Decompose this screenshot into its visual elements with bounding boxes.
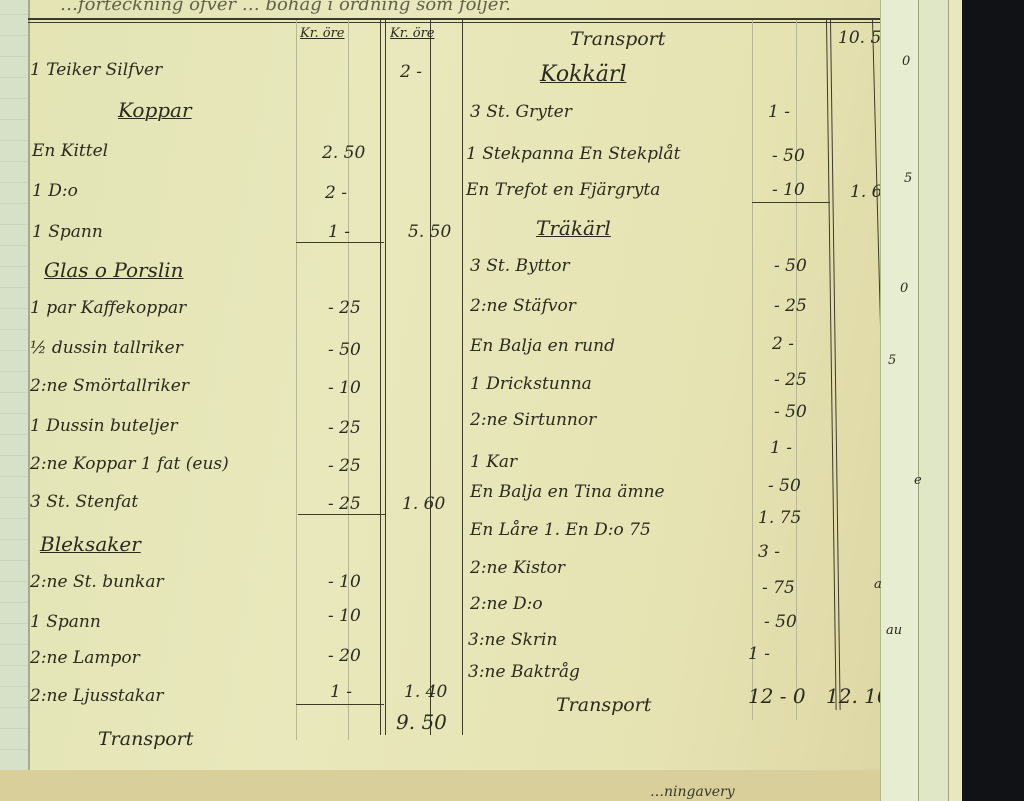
- subtotal-rule: [298, 514, 386, 515]
- subtotal-rule: [296, 242, 384, 243]
- transport-amount-right: 12 - 0: [748, 686, 806, 706]
- entry-amount: - 25: [328, 420, 361, 437]
- entry-text: En Balja en Tina ämne: [470, 484, 665, 501]
- entry-subtotal: 1. 40: [404, 684, 447, 701]
- ledger-page: …förteckning öfver … bohag i ordning som…: [0, 0, 905, 790]
- entry-text: 2:ne Smörtallriker: [30, 378, 189, 395]
- col-rule: [752, 20, 753, 720]
- entry-amount: - 25: [328, 496, 361, 513]
- edge-fragment: au: [886, 624, 902, 637]
- entry-text: 3:ne Baktråg: [468, 664, 580, 681]
- entry-text: 1 D:o: [32, 183, 78, 200]
- entry-text: 2:ne St. bunkar: [30, 574, 164, 591]
- entry-text: 3 St. Byttor: [470, 258, 570, 275]
- edge-fragment: 0: [902, 55, 910, 68]
- page-bottom-edge: [0, 770, 905, 801]
- entry-text: 2:ne Ljusstakar: [30, 688, 163, 705]
- entry-amount: 1 -: [748, 646, 770, 663]
- col-rule: [296, 20, 297, 740]
- entry-amount: - 25: [328, 300, 361, 317]
- entry-text: 1 Stekpanna En Stekplåt: [466, 146, 680, 163]
- section-heading-bleksaker: Bleksaker: [40, 534, 141, 554]
- entry-amount: 1 -: [330, 684, 352, 701]
- entry-text: 1 par Kaffekoppar: [30, 300, 186, 317]
- section-heading-kokkarl: Kokkärl: [540, 64, 626, 86]
- entry-text: ½ dussin tallriker: [30, 340, 183, 357]
- entry-amount: 2 -: [325, 185, 347, 202]
- entry-amount: - 10: [328, 574, 361, 591]
- edge-fragment: e: [914, 474, 922, 487]
- entry-subtotal: 2 -: [400, 64, 422, 81]
- entry-amount: - 25: [774, 372, 807, 389]
- column-header-1: Kr. öre: [300, 27, 345, 40]
- subtotal-rule: [752, 202, 830, 203]
- entry-text: 2:ne Sirtunnor: [470, 412, 596, 429]
- entry-subtotal: 5. 50: [408, 224, 451, 241]
- transport-in-label: Transport: [570, 30, 665, 49]
- entry-amount: - 75: [762, 580, 795, 597]
- entry-text: 2:ne D:o: [470, 596, 543, 613]
- page-header-text: …förteckning öfver … bohag i ordning som…: [60, 0, 511, 15]
- edge-fragment: 0: [900, 282, 908, 295]
- entry-text: 2:ne Kistor: [470, 560, 565, 577]
- subtotal-rule: [296, 704, 384, 705]
- entry-text: 1 Dussin buteljer: [30, 418, 178, 435]
- entry-text: En Trefot en Fjärgryta: [466, 182, 660, 199]
- transport-label-right: Transport: [556, 696, 651, 715]
- entry-text: 1 Spann: [30, 614, 101, 631]
- entry-amount: - 50: [774, 258, 807, 275]
- entry-amount: 1 -: [328, 224, 350, 241]
- entry-text: 2:ne Koppar 1 fat (eus): [30, 456, 229, 473]
- entry-amount: - 10: [328, 380, 361, 397]
- entry-amount: 3 -: [758, 544, 780, 561]
- entry-amount: - 50: [328, 342, 361, 359]
- col-rule: [380, 20, 381, 735]
- entry-amount: 1 -: [770, 440, 792, 457]
- underlying-page-edge: [918, 0, 951, 801]
- header-rule: [28, 22, 903, 23]
- entry-amount: 1. 75: [758, 510, 801, 527]
- entry-subtotal: 1. 60: [402, 496, 445, 513]
- entry-text: 1 Teiker Silfver: [30, 62, 162, 79]
- transport-label-left: Transport: [98, 730, 193, 749]
- entry-amount: - 25: [774, 298, 807, 315]
- col-rule: [430, 20, 431, 735]
- left-page-edge: [0, 0, 30, 770]
- transport-total-left: 9. 50: [396, 712, 447, 732]
- entry-text: 1 Drickstunna: [470, 376, 592, 393]
- underlying-page-edge: [880, 0, 921, 801]
- entry-text: 2:ne Stäfvor: [470, 298, 576, 315]
- entry-text: 2:ne Lampor: [30, 650, 140, 667]
- section-heading-glas: Glas o Porslin: [44, 260, 184, 280]
- entry-amount: - 50: [764, 614, 797, 631]
- entry-amount: - 20: [328, 648, 361, 665]
- edge-fragment: 5: [904, 172, 912, 185]
- header-double-rule: [28, 18, 903, 20]
- entry-amount: - 50: [774, 404, 807, 421]
- entry-text: En Kittel: [32, 143, 108, 160]
- entry-amount: 2 -: [772, 336, 794, 353]
- entry-text: 1 Spann: [32, 224, 103, 241]
- entry-text: En Balja en rund: [470, 338, 615, 355]
- underlying-page-fragment: …ningavery: [650, 784, 735, 800]
- section-heading-trakarl: Träkärl: [536, 218, 611, 238]
- entry-amount: - 50: [768, 478, 801, 495]
- section-heading-koppar: Koppar: [118, 100, 192, 120]
- entry-text: 3:ne Skrin: [468, 632, 557, 649]
- entry-text: 3 St. Stenfat: [30, 494, 138, 511]
- column-header-2: Kr. öre: [390, 27, 435, 40]
- entry-amount: - 25: [328, 458, 361, 475]
- entry-text: En Låre 1. En D:o 75: [470, 522, 651, 539]
- entry-amount: 2. 50: [322, 145, 365, 162]
- edge-fragment: a: [874, 578, 882, 591]
- col-rule: [462, 20, 463, 735]
- edge-fragment: 5: [888, 354, 896, 367]
- col-rule: [385, 20, 386, 735]
- entry-text: 1 Kar: [470, 454, 517, 471]
- entry-text: 3 St. Gryter: [470, 104, 572, 121]
- dark-background: [962, 0, 1024, 801]
- entry-amount: - 50: [772, 148, 805, 165]
- entry-amount: - 10: [328, 608, 361, 625]
- entry-amount: - 10: [772, 182, 805, 199]
- entry-amount: 1 -: [768, 104, 790, 121]
